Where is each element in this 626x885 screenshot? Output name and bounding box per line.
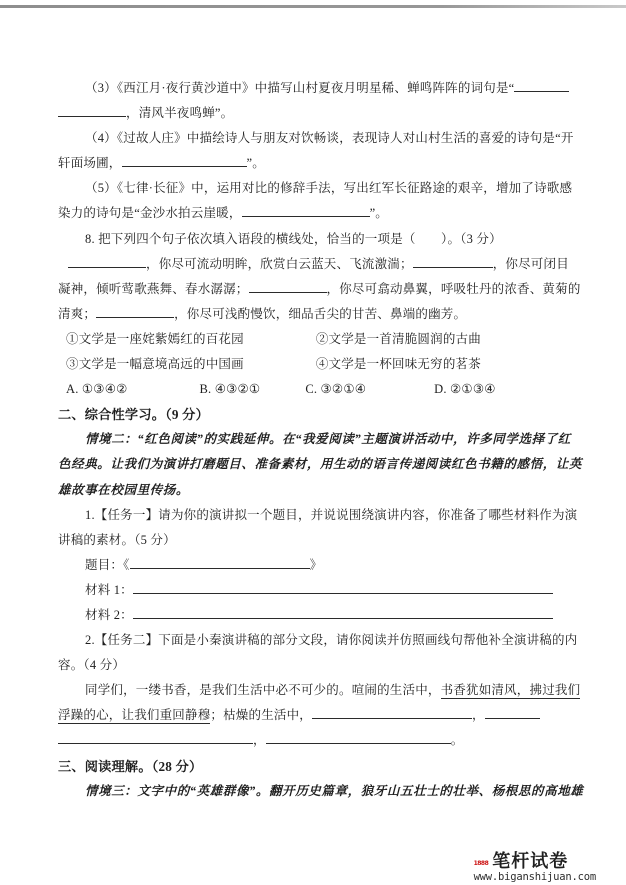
text-run: ，清风半夜鸣蝉”。 [126, 106, 233, 120]
answer-blank [58, 103, 126, 117]
text-line: 三、阅读理解。（28 分） [58, 754, 572, 779]
answer-blank [485, 705, 540, 719]
text-run: C. ③②①④ [305, 382, 366, 396]
text-run: ，你尽可翕动鼻翼，呼吸牡丹的浓香、黄菊的 [327, 282, 581, 296]
answer-blank [242, 203, 370, 217]
text-line: 材料 1： [58, 578, 572, 603]
text-run: 染力的诗句是“金沙水拍云崖暖， [58, 206, 242, 220]
text-run: ；枯燥的生活中， [210, 708, 312, 722]
text-run: ， [253, 733, 266, 747]
text-line: 容。（4 分） [58, 653, 572, 678]
answer-blank [96, 304, 174, 318]
text-line: ，。 [58, 728, 572, 753]
text-line: 染力的诗句是“金沙水拍云崖暖，”。 [58, 201, 572, 226]
spacer [260, 392, 305, 393]
answer-blank [413, 254, 493, 268]
text-line: 二、综合性学习。（9 分） [58, 402, 572, 427]
watermark-seal: 1888 [474, 861, 489, 867]
text-run: 。 [451, 733, 464, 747]
text-run: ①文学是一座姹紫嫣红的百花园 [66, 332, 244, 346]
text-run: 情境三：文字中的“英雄群像”。翻开历史篇章，狼牙山五壮士的壮举、杨根思的高地雄 [85, 784, 583, 798]
text-run: D. ②①③④ [434, 382, 496, 396]
spacer [244, 342, 316, 343]
text-line: （4）《过故人庄》中描绘诗人与朋友对饮畅谈，表现诗人对山村生活的喜爱的诗句是“开 [58, 126, 572, 151]
text-line: （3）《西江月·夜行黄沙道中》中描写山村夏夜月明星稀、蝉鸣阵阵的词句是“ [58, 76, 572, 101]
text-line: 浮躁的心，让我们重回静穆；枯燥的生活中，， [58, 703, 572, 728]
text-line: 凝神，倾听莺歌燕舞、春水潺潺；，你尽可翕动鼻翼，呼吸牡丹的浓香、黄菊的 [58, 277, 572, 302]
spacer [366, 392, 434, 393]
text-line: 讲稿的素材。（5 分） [58, 528, 572, 553]
text-line: ，清风半夜鸣蝉”。 [58, 101, 572, 126]
text-run: ，你尽可浅酌慢饮，细品舌尖的甘苦、鼻端的幽芳。 [174, 307, 466, 321]
text-run: 轩面场圃， [58, 156, 122, 170]
text-run: 题目：《 [85, 558, 130, 572]
spacer [244, 367, 316, 368]
text-run: ，你尽可闭目 [493, 257, 569, 271]
watermark-brand-row: 1888 笔杆试卷 [474, 852, 596, 871]
text-run: A. ①③④② [66, 382, 128, 396]
text-run: 情境二：“红色阅读”的实践延伸。在“我爱阅读”主题演讲活动中，许多同学选择了红 [85, 432, 571, 446]
answer-blank [266, 730, 451, 744]
text-run: 容。（4 分） [58, 658, 125, 672]
text-line: 2.【任务二】下面是小秦演讲稿的部分文段，请你阅读并仿照画线句帮他补全演讲稿的内 [58, 628, 572, 653]
text-run: 2.【任务二】下面是小秦演讲稿的部分文段，请你阅读并仿照画线句帮他补全演讲稿的内 [85, 633, 577, 647]
text-run: 材料 2： [85, 608, 133, 622]
text-run: （4）《过故人庄》中描绘诗人与朋友对饮畅谈，表现诗人对山村生活的喜爱的诗句是“开 [85, 131, 574, 145]
text-line: 材料 2： [58, 603, 572, 628]
answer-blank [133, 605, 553, 619]
text-line: 同学们，一缕书香，是我们生活中必不可少的。喧闹的生活中，书香犹如清风，拂过我们 [58, 678, 572, 703]
answer-blank [122, 153, 247, 167]
text-run: 材料 1： [85, 583, 133, 597]
text-run: 同学们，一缕书香，是我们生活中必不可少的。喧闹的生活中， [85, 683, 441, 697]
text-run: 讲稿的素材。（5 分） [58, 533, 176, 547]
text-line: ，你尽可流动明眸，欣赏白云蓝天、飞流激湍；，你尽可闭目 [58, 252, 572, 277]
text-line: 雄故事在校园里传扬。 [58, 478, 572, 503]
text-run: 》 [310, 558, 323, 572]
text-run: 1.【任务一】请为你的演讲拟一个题目，并说说围绕演讲内容，你准备了哪些材料作为演 [85, 508, 577, 522]
watermark-brand: 笔杆试卷 [492, 852, 568, 870]
text-run: 8. 把下列四个句子依次填入语段的横线处，恰当的一项是（ ）。（3 分） [85, 232, 502, 246]
text-line: 情境三：文字中的“英雄群像”。翻开历史篇章，狼牙山五壮士的壮举、杨根思的高地雄 [58, 779, 572, 804]
underlined-text: 浮躁的心，让我们重回静穆 [58, 708, 210, 724]
answer-blank [58, 730, 253, 744]
page-top-rule [0, 5, 626, 8]
answer-blank [68, 254, 146, 268]
text-line: A. ①③④②B. ④③②①C. ③②①④D. ②①③④ [58, 377, 572, 402]
answer-blank [130, 555, 310, 569]
text-run: （3）《西江月·夜行黄沙道中》中描写山村夏夜月明星稀、蝉鸣阵阵的词句是“ [85, 81, 514, 95]
text-line: ③文学是一幅意境高远的中国画④文学是一杯回味无穷的茗茶 [58, 352, 572, 377]
text-run: ”。 [370, 206, 388, 220]
text-run: ④文学是一杯回味无穷的茗茶 [316, 357, 481, 371]
answer-blank [312, 705, 472, 719]
text-line: 情境二：“红色阅读”的实践延伸。在“我爱阅读”主题演讲活动中，许多同学选择了红 [58, 427, 572, 452]
text-run: 清爽； [58, 307, 96, 321]
answer-blank [249, 279, 327, 293]
text-run: ， [472, 708, 485, 722]
text-run: B. ④③②① [200, 382, 261, 396]
text-run: 雄故事在校园里传扬。 [58, 483, 189, 497]
watermark: 1888 笔杆试卷 www.biganshijuan.com [474, 852, 596, 883]
text-line: 8. 把下列四个句子依次填入语段的横线处，恰当的一项是（ ）。（3 分） [58, 227, 572, 252]
text-line: 清爽；，你尽可浅酌慢饮，细品舌尖的甘苦、鼻端的幽芳。 [58, 302, 572, 327]
text-line: （5）《七律·长征》中，运用对比的修辞手法，写出红军长征路途的艰辛，增加了诗歌感 [58, 176, 572, 201]
underlined-text: 书香犹如清风，拂过我们 [441, 683, 581, 699]
text-line: ①文学是一座姹紫嫣红的百花园②文学是一首清脆圆润的古曲 [58, 327, 572, 352]
text-line: 题目：《》 [58, 553, 572, 578]
text-run: ”。 [247, 156, 265, 170]
text-run: ③文学是一幅意境高远的中国画 [66, 357, 244, 371]
answer-blank [133, 580, 553, 594]
spacer [128, 392, 200, 393]
watermark-url: www.biganshijuan.com [474, 872, 596, 883]
answer-blank [514, 78, 569, 92]
text-run: ，你尽可流动明眸，欣赏白云蓝天、飞流激湍； [146, 257, 413, 271]
text-line: 1.【任务一】请为你的演讲拟一个题目，并说说围绕演讲内容，你准备了哪些材料作为演 [58, 503, 572, 528]
text-line: 色经典。让我们为演讲打磨题目、准备素材，用生动的语言传递阅读红色书籍的感悟，让英 [58, 452, 572, 477]
text-run: 色经典。让我们为演讲打磨题目、准备素材，用生动的语言传递阅读红色书籍的感悟，让英 [58, 457, 582, 471]
document-lines: （3）《西江月·夜行黄沙道中》中描写山村夏夜月明星稀、蝉鸣阵阵的词句是“，清风半… [58, 76, 572, 804]
text-run: ②文学是一首清脆圆润的古曲 [316, 332, 481, 346]
text-line: 轩面场圃，”。 [58, 151, 572, 176]
text-run: 凝神，倾听莺歌燕舞、春水潺潺； [58, 282, 249, 296]
text-run: 二、综合性学习。（9 分） [58, 407, 209, 422]
text-run: 三、阅读理解。（28 分） [58, 759, 202, 774]
text-run: （5）《七律·长征》中，运用对比的修辞手法，写出红军长征路途的艰辛，增加了诗歌感 [85, 181, 572, 195]
